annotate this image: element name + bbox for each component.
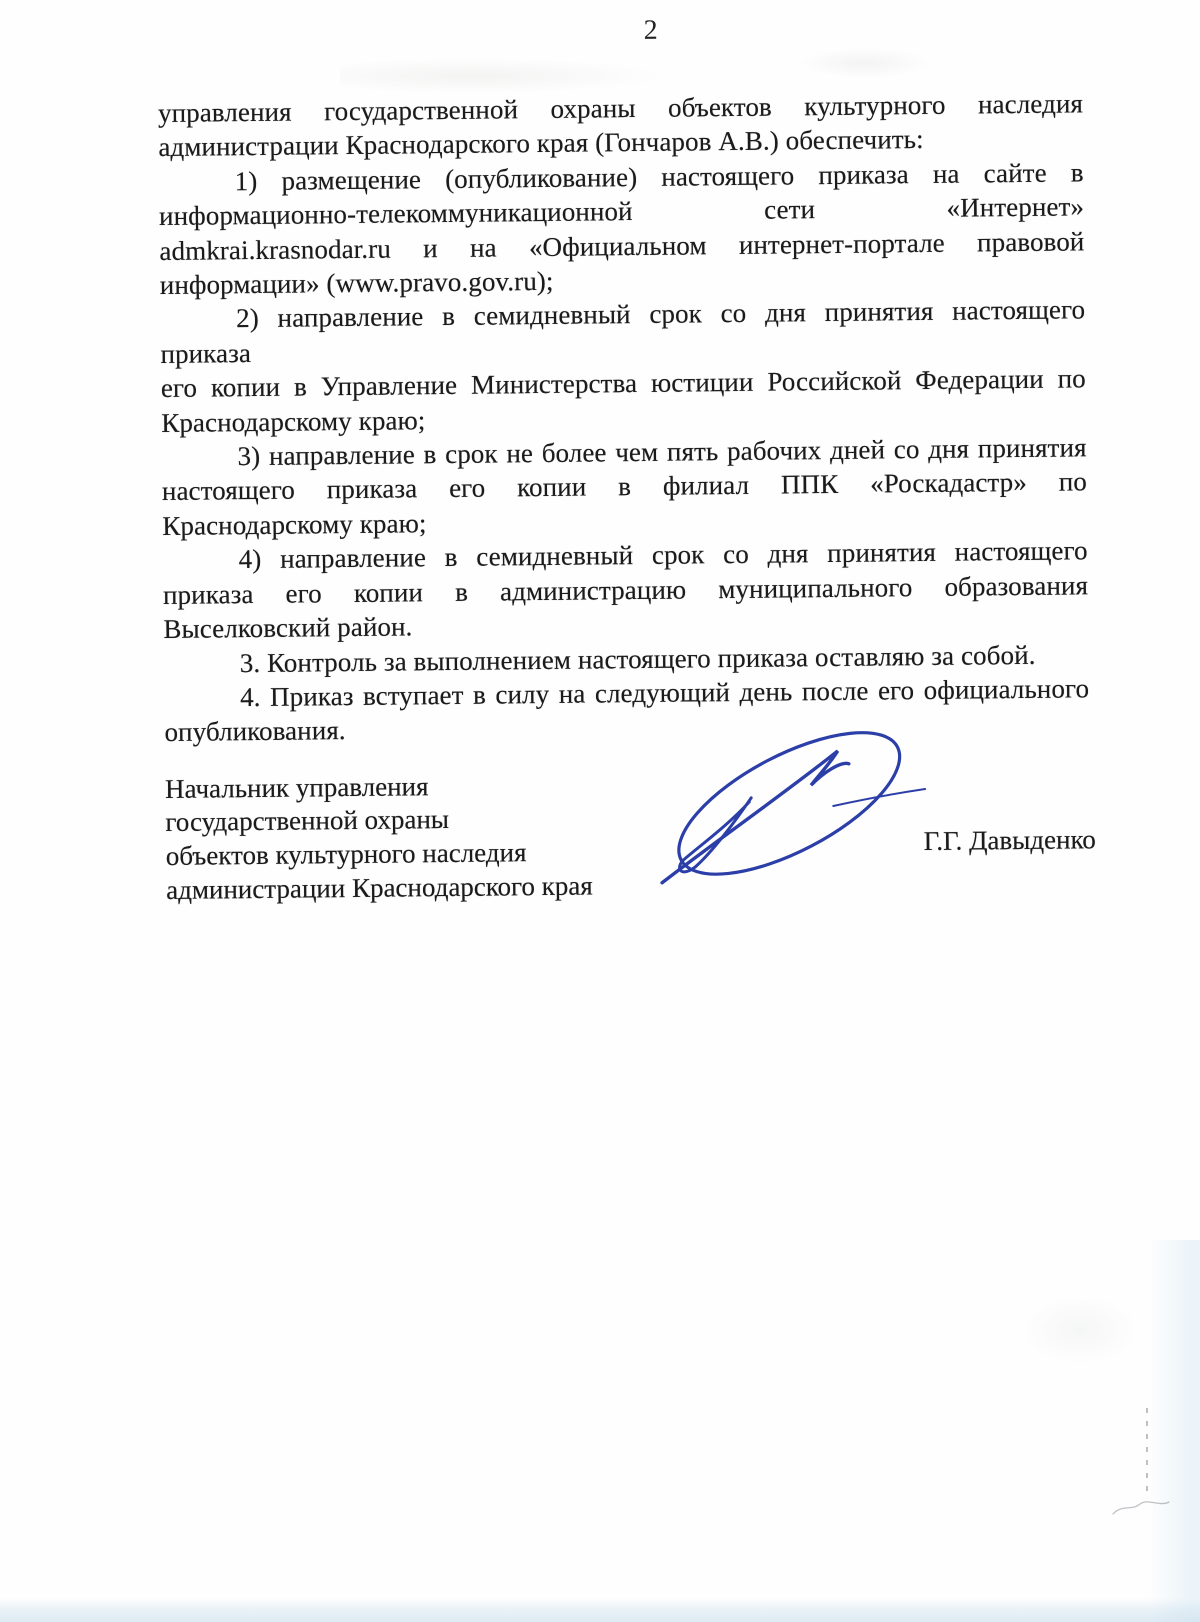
pencil-squiggle-artifact bbox=[1110, 1496, 1172, 1520]
document-page: 2 управления государственной охраны объе… bbox=[0, 0, 1200, 1622]
scan-dash-artifact bbox=[1146, 1408, 1148, 1494]
document-line: 2) направление в семидневный срок со дня… bbox=[160, 293, 1086, 371]
scan-edge-shading bbox=[1148, 1240, 1200, 1622]
page-content: 2 управления государственной охраны объе… bbox=[157, 8, 1091, 907]
page-number: 2 bbox=[188, 10, 1113, 52]
handwritten-signature bbox=[650, 692, 964, 897]
signature-zigzag bbox=[661, 751, 850, 883]
signer-name: Г.Г. Давыденко bbox=[924, 824, 1096, 857]
signature-tail-stroke bbox=[833, 789, 925, 806]
scan-smudge bbox=[1020, 1295, 1140, 1365]
signature-loop bbox=[659, 704, 920, 896]
scan-bottom-edge bbox=[0, 1598, 1200, 1622]
order-body: управления государственной охраны объект… bbox=[158, 86, 1090, 749]
